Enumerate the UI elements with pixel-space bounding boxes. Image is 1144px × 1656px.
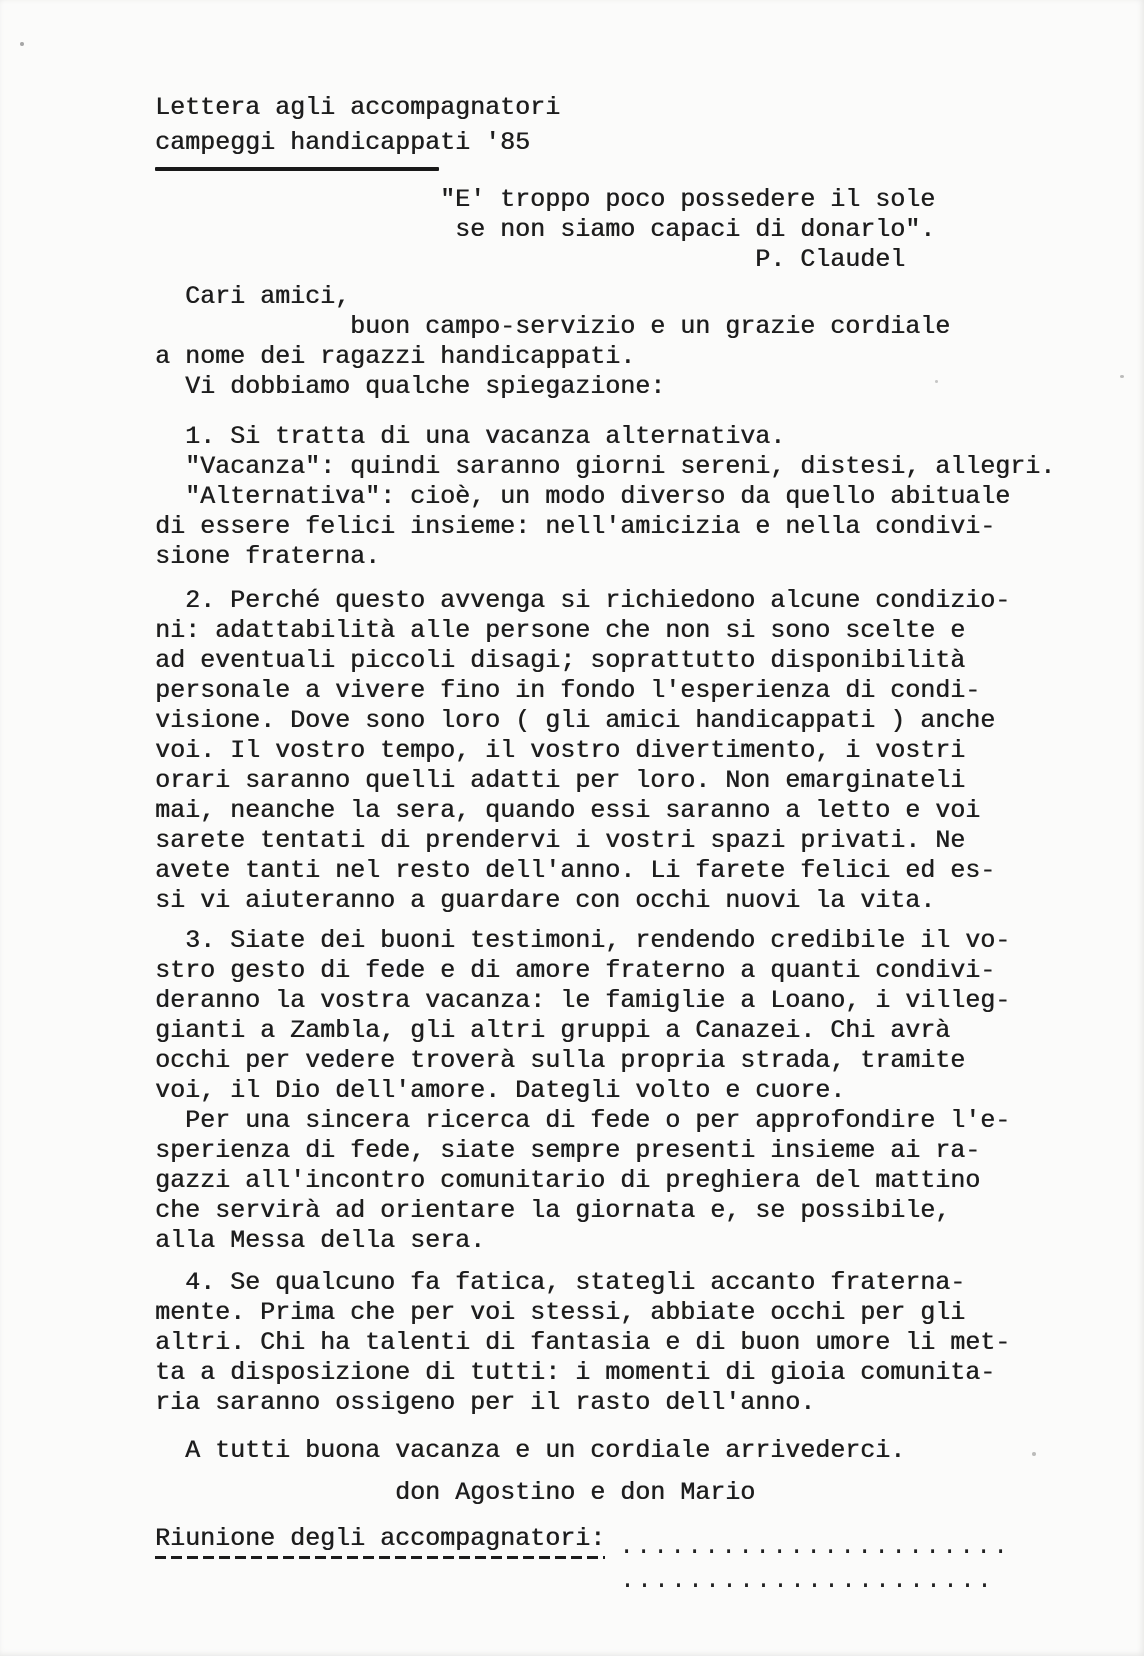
meeting-underline-rule: [155, 1556, 605, 1559]
letter-header: Lettera agli accompagnatori campeggi han…: [155, 90, 1144, 171]
paragraph-4-fraternita: 4. Se qualcuno fa fatica, stategli accan…: [155, 1268, 1144, 1418]
meeting-label-column: Riunione degli accompagnatori:: [155, 1524, 605, 1559]
closing-line: A tutti buona vacanza e un cordiale arri…: [155, 1436, 1144, 1466]
scanned-letter-page: Lettera agli accompagnatori campeggi han…: [0, 0, 1144, 1656]
salutation-and-intro: Cari amici, buon campo-servizio e un gra…: [155, 282, 1144, 402]
scan-speck: [1120, 375, 1124, 378]
meeting-heading: Riunione degli accompagnatori:: [155, 1524, 605, 1554]
paragraph-1-vacanza-alternativa: 1. Si tratta di una vacanza alternativa.…: [155, 422, 1144, 572]
quote-attribution: P. Claudel: [155, 245, 1144, 275]
signature-line: don Agostino e don Mario: [155, 1478, 1144, 1508]
paragraph-3-testimoni: 3. Siate dei buoni testimoni, rendendo c…: [155, 926, 1144, 1256]
scan-speck: [20, 42, 24, 46]
title-underline-rule: [155, 167, 439, 171]
paragraph-2-condizioni: 2. Perché questo avvenga si richiedono a…: [155, 586, 1144, 916]
dotted-fill-line-1: .......................: [619, 1524, 1010, 1562]
scan-speck: [1032, 1452, 1036, 1456]
quote-text: "E' troppo poco possedere il sole se non…: [155, 185, 1144, 245]
opening-quote: "E' troppo poco possedere il sole se non…: [155, 185, 1144, 275]
dotted-fill-line-2: ......................: [620, 1566, 1144, 1596]
letter-footer: Riunione degli accompagnatori: .........…: [155, 1524, 1144, 1596]
scan-speck: [935, 380, 938, 383]
meeting-row: Riunione degli accompagnatori: .........…: [155, 1524, 1144, 1562]
letter-title: Lettera agli accompagnatori campeggi han…: [155, 90, 1144, 160]
